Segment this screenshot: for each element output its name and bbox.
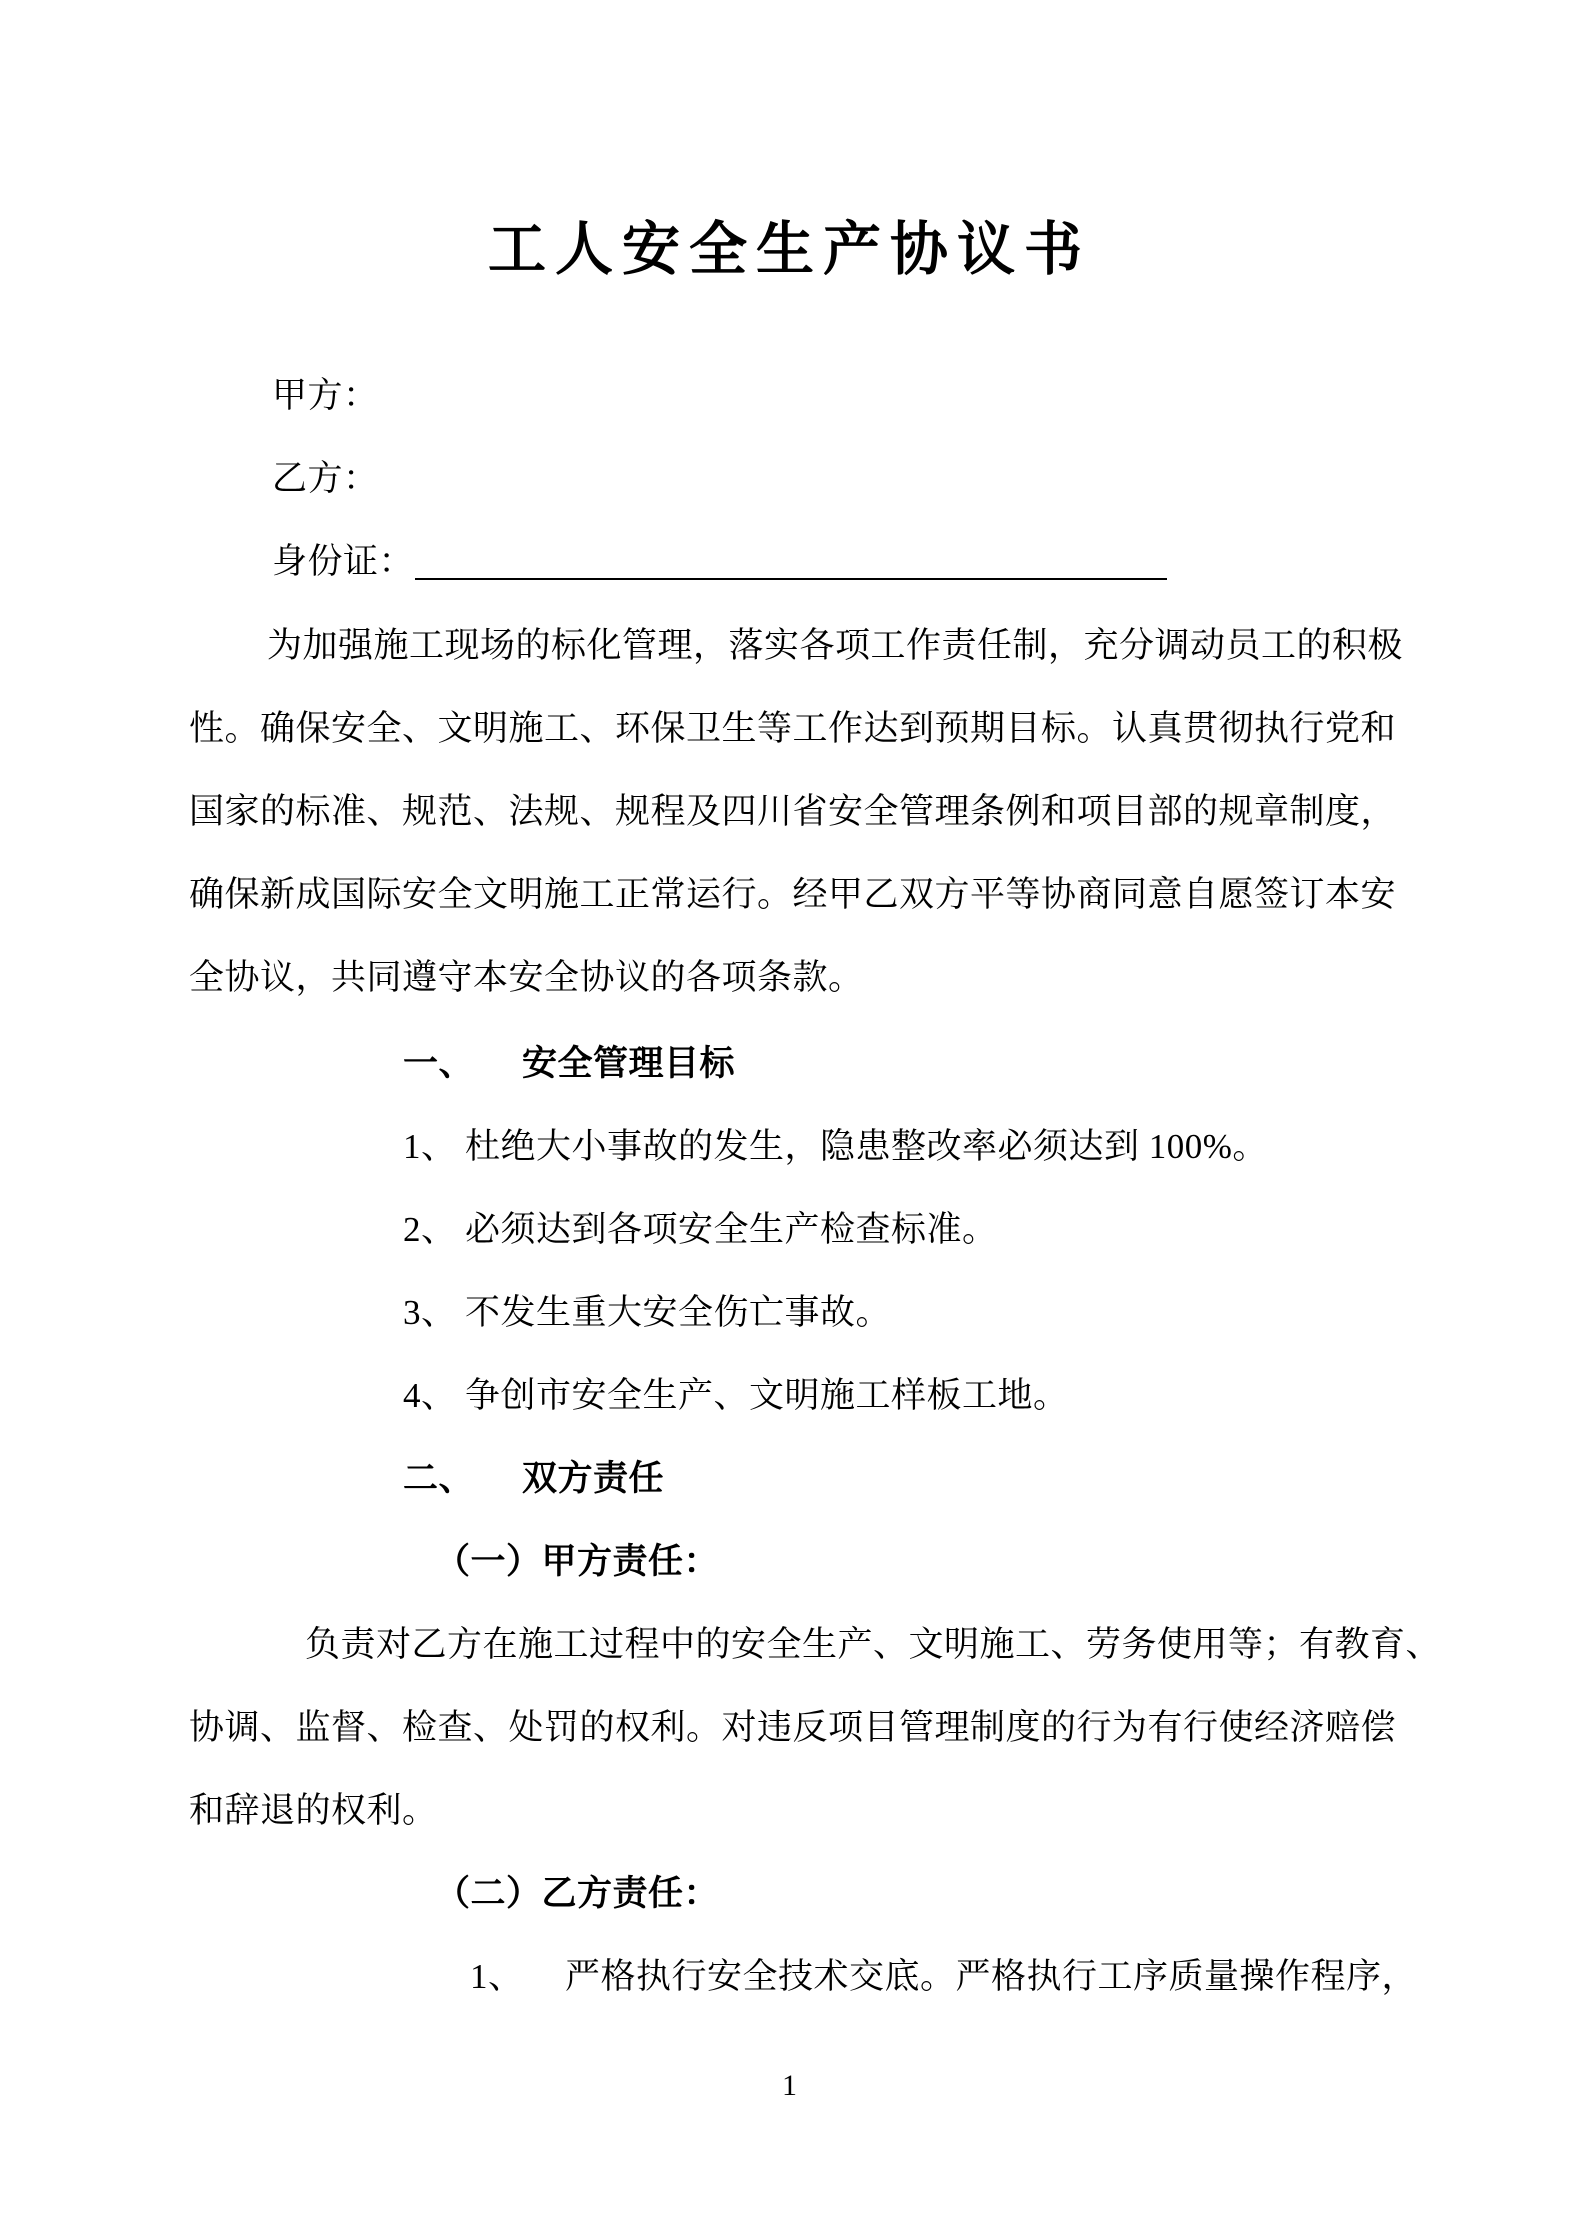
intro-line-1: 为加强施工现场的标化管理，落实各项工作责任制，充分调动员工的积极 (267, 622, 1403, 670)
section1-item-1: 1、杜绝大小事故的发生，隐患整改率必须达到 100%。 (403, 1123, 1268, 1171)
section1-heading-text: 安全管理目标 (522, 1044, 735, 1083)
sub-b-item-1: 1、严格执行安全技术交底。严格执行工序质量操作程序， (470, 1953, 1417, 2001)
section1-item-4-number: 4、 (403, 1372, 465, 1420)
section1-number: 一、 (403, 1040, 522, 1088)
section1-item-2-number: 2、 (403, 1206, 465, 1254)
party-a-label: 甲方： (272, 372, 379, 420)
intro-line-4: 确保新成国际安全文明施工正常运行。经甲乙双方平等协商同意自愿签订本安 (189, 871, 1396, 919)
section2-heading-text: 双方责任 (522, 1459, 664, 1498)
section1-item-4-text: 争创市安全生产、文明施工样板工地。 (465, 1376, 1069, 1415)
section1-item-3-number: 3、 (403, 1289, 465, 1337)
section1-item-4: 4、争创市安全生产、文明施工样板工地。 (403, 1372, 1069, 1420)
section2-heading: 二、双方责任 (403, 1455, 664, 1503)
intro-line-3: 国家的标准、规范、法规、规程及四川省安全管理条例和项目部的规章制度， (189, 788, 1396, 836)
section2-sub-a-heading: （一）甲方责任： (435, 1538, 719, 1586)
page-title: 工人安全生产协议书 (0, 213, 1579, 287)
party-b-label: 乙方： (272, 455, 379, 503)
section1-item-3-text: 不发生重大安全伤亡事故。 (465, 1293, 891, 1332)
section2-sub-b-heading: （二）乙方责任： (435, 1870, 719, 1918)
sub-b-item-1-text: 严格执行安全技术交底。严格执行工序质量操作程序， (565, 1957, 1417, 1996)
sub-a-line-1: 负责对乙方在施工过程中的安全生产、文明施工、劳务使用等；有教育、 (305, 1621, 1441, 1669)
intro-line-2: 性。确保安全、文明施工、环保卫生等工作达到预期目标。认真贯彻执行党和 (189, 705, 1396, 753)
sub-a-line-3: 和辞退的权利。 (189, 1787, 438, 1835)
section2-number: 二、 (403, 1455, 522, 1503)
sub-b-item-1-number: 1、 (470, 1953, 565, 2001)
page-number: 1 (0, 2066, 1579, 2106)
section1-item-1-number: 1、 (403, 1123, 465, 1171)
section1-item-1-text: 杜绝大小事故的发生，隐患整改率必须达到 100%。 (465, 1127, 1268, 1166)
id-blank-underline (415, 578, 1167, 580)
sub-a-line-2: 协调、监督、检查、处罚的权利。对违反项目管理制度的行为有行使经济赔偿 (189, 1704, 1396, 1752)
intro-line-5: 全协议，共同遵守本安全协议的各项条款。 (189, 954, 864, 1002)
section1-item-3: 3、不发生重大安全伤亡事故。 (403, 1289, 891, 1337)
id-label: 身份证： (272, 538, 414, 586)
document-page: 工人安全生产协议书 甲方： 乙方： 身份证： 为加强施工现场的标化管理，落实各项… (0, 0, 1579, 2237)
section1-item-2-text: 必须达到各项安全生产检查标准。 (465, 1210, 998, 1249)
section1-item-2: 2、必须达到各项安全生产检查标准。 (403, 1206, 998, 1254)
section1-heading: 一、安全管理目标 (403, 1040, 735, 1088)
